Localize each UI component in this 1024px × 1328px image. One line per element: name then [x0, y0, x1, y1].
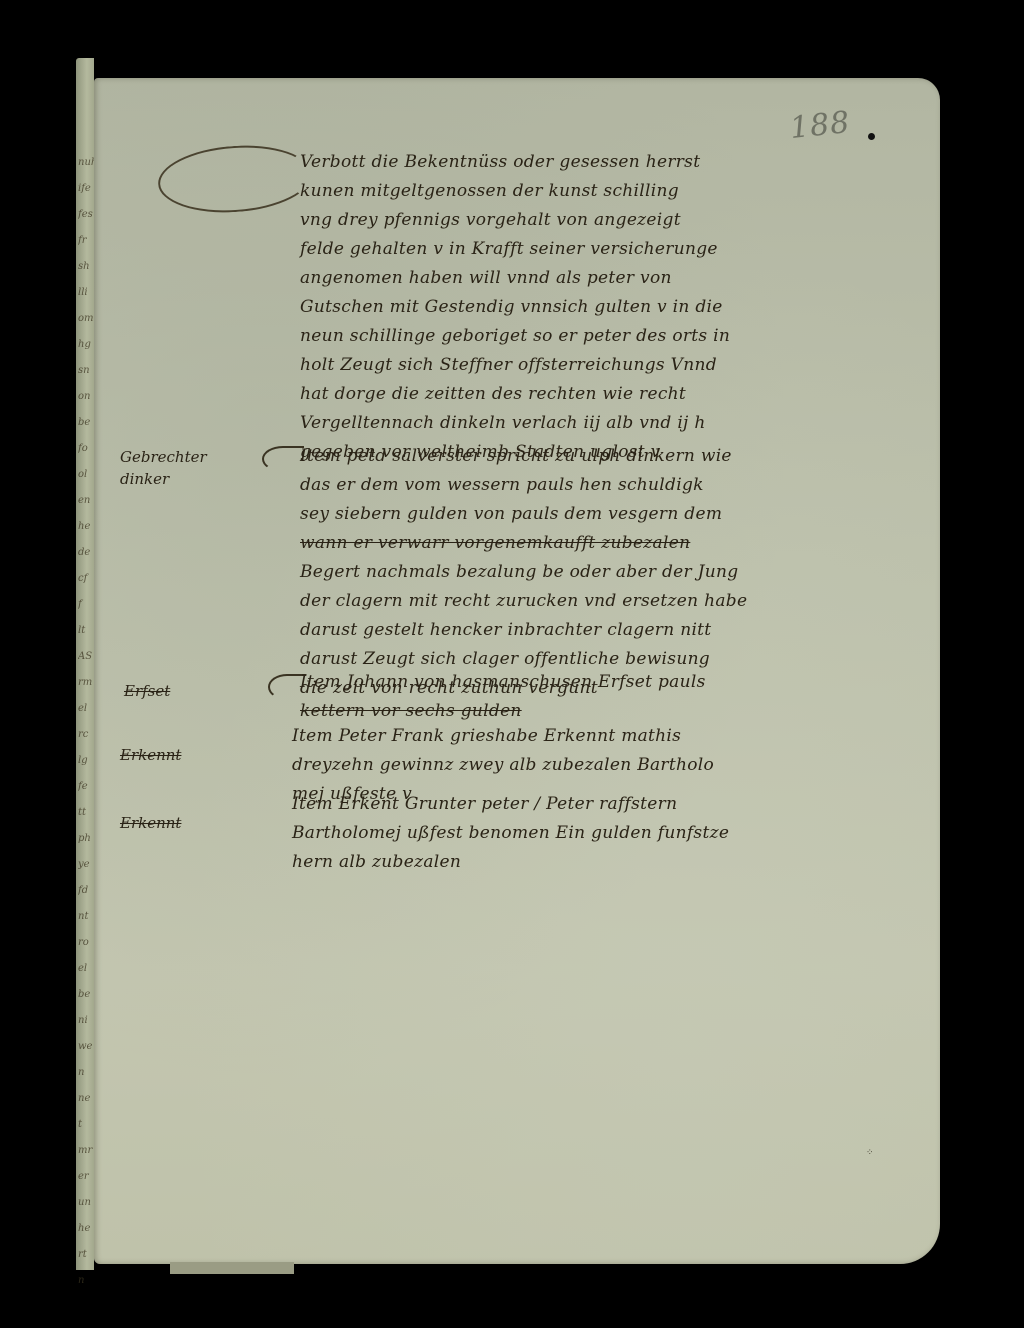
entry-line: holt Zeugt sich Steffner offsterreichung… — [300, 351, 730, 380]
margin-line: Erfset — [124, 680, 170, 702]
margin-note-gebrechter: Gebrechter dinker — [120, 446, 207, 490]
entry-line: neun schillinge geboriget so er peter de… — [300, 322, 730, 351]
entry-line: Item Erkent Grunter peter / Peter raffst… — [292, 790, 729, 819]
entry-line: Item Johann von hasmanschusen Erfset pau… — [300, 668, 706, 697]
entry-5: Item Erkent Grunter peter / Peter raffst… — [292, 790, 729, 877]
margin-line: Erkennt — [120, 744, 181, 766]
ink-dot — [868, 133, 875, 140]
entry-line: Item petd salverster spricht zu ulph din… — [300, 442, 747, 471]
entry-line: wann er verwarr vorgenemkaufft zubezalen — [300, 529, 747, 558]
entry-line: der clagern mit recht zurucken vnd erset… — [300, 587, 747, 616]
corner-ink-mark: ⁘ — [866, 1148, 874, 1158]
entry-1: Verbott die Bekentnüss oder gesessen her… — [300, 148, 730, 467]
margin-note-erkennt-2: Erkennt — [120, 812, 181, 834]
brace-mark — [262, 446, 304, 472]
entry-line: angenomen haben will vnnd als peter von — [300, 264, 730, 293]
margin-note-erfset: Erfset — [124, 680, 170, 702]
spine-fragment-text: nuh ife fes fr sh lli om hg sn on be fo … — [78, 150, 94, 1294]
entry-line: Vergelltennach dinkeln verlach iij alb v… — [300, 409, 730, 438]
entry-line: Begert nachmals bezalung be oder aber de… — [300, 558, 747, 587]
entry-line: Bartholomej ußfest benomen Ein gulden fu… — [292, 819, 729, 848]
margin-line: dinker — [120, 468, 207, 490]
entry-line: Verbott die Bekentnüss oder gesessen her… — [300, 148, 730, 177]
entry-2: Item petd salverster spricht zu ulph din… — [300, 442, 747, 703]
page-bottom-tab — [170, 1262, 294, 1274]
entry-line: sey siebern gulden von pauls dem vesgern… — [300, 500, 747, 529]
entry-line: vng drey pfennigs vorgehalt von angezeig… — [300, 206, 730, 235]
margin-note-erkennt-1: Erkennt — [120, 744, 181, 766]
folio-number: 188 — [788, 105, 852, 146]
entry-line: felde gehalten v in Krafft seiner versic… — [300, 235, 730, 264]
entry-line: hat dorge die zeitten des rechten wie re… — [300, 380, 730, 409]
entry-3: Item Johann von hasmanschusen Erfset pau… — [300, 668, 706, 726]
entry-line: dreyzehn gewinnz zwey alb zubezalen Bart… — [292, 751, 714, 780]
entry-line: das er dem vom wessern pauls hen schuldi… — [300, 471, 747, 500]
entry-line: Gutschen mit Gestendig vnnsich gulten v … — [300, 293, 730, 322]
entry-line: Item Peter Frank grieshabe Erkennt mathi… — [292, 722, 714, 751]
entry-line: hern alb zubezalen — [292, 848, 729, 877]
entry-line: darust gestelt hencker inbrachter clager… — [300, 616, 747, 645]
margin-line: Erkennt — [120, 812, 181, 834]
margin-line: Gebrechter — [120, 446, 207, 468]
entry-line: kunen mitgeltgenossen der kunst schillin… — [300, 177, 730, 206]
